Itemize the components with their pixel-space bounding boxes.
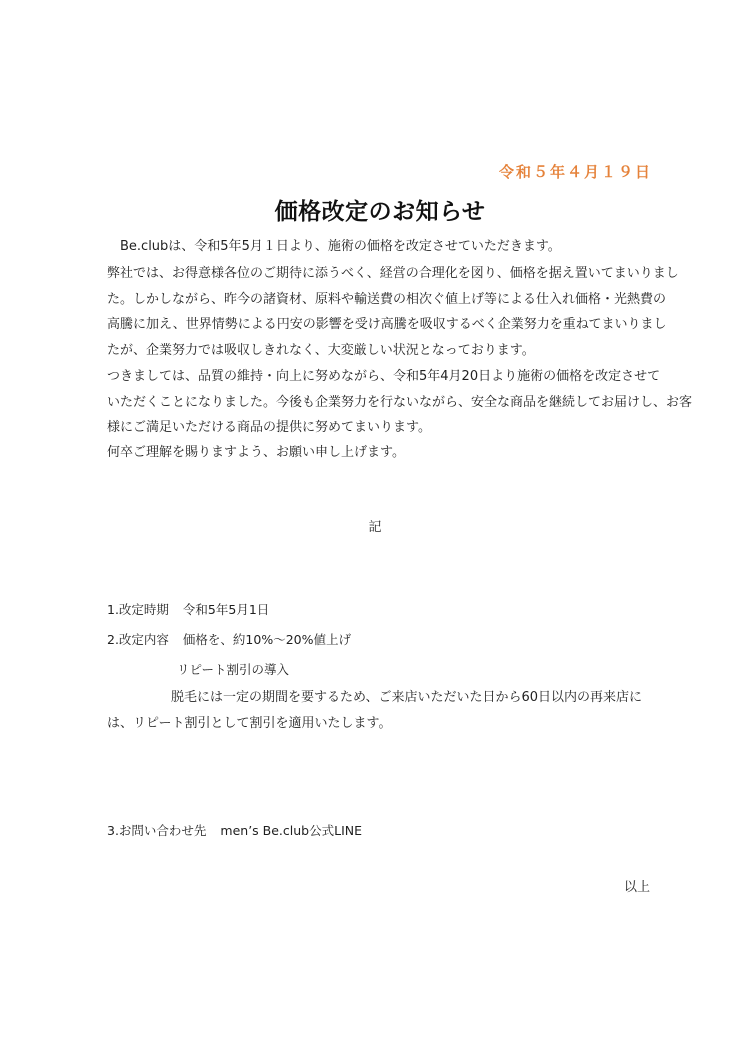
item-label: 3.お問い合わせ先 (107, 821, 206, 839)
closing-text: 以上 (624, 876, 650, 895)
item-revision-content: 2.改定内容 価格を、約10%～20%値上げ (107, 630, 351, 648)
item-revision-date: 1.改定時期 令和5年5月1日 (107, 600, 269, 618)
document-date: 令和５年４月１９日 (499, 161, 652, 182)
item-value: 令和5年5月1日 (183, 600, 269, 618)
item-value: men’s Be.club公式LINE (220, 821, 362, 839)
paragraph-line: 高騰に加え、世界情勢による円安の影響を受け高騰を吸収するべく企業努力を重ねてまい… (107, 312, 667, 338)
repeat-discount-note: 脱毛には一定の期間を要するため、ご来店いただいた日から60日以内の再来店に は、… (107, 685, 667, 736)
paragraph-line: た。しかしながら、昨今の諸資材、原料や輸送費の相次ぐ値上げ等による仕入れ価格・光… (107, 287, 667, 313)
paragraph-line: たが、企業努力では吸収しきれなく、大変厳しい状況となっております。 (107, 338, 667, 364)
item-repeat-discount: リピート割引の導入 (177, 660, 289, 678)
note-line: は、リピート割引として割引を適用いたします。 (107, 711, 667, 737)
intro-text: Be.clubは、令和5年5月１日より、施術の価格を改定させていただきます。 (120, 234, 561, 259)
item-contact: 3.お問い合わせ先 men’s Be.club公式LINE (107, 821, 362, 839)
item-label: 2.改定内容 (107, 630, 169, 648)
document-page: 令和５年４月１９日 価格改定のお知らせ Be.clubは、令和5年5月１日より、… (0, 0, 750, 1063)
paragraph-background: 弊社では、お得意様各位のご期待に添うべく、経営の合理化を図り、価格を据え置いてま… (107, 261, 667, 363)
note-line: 脱毛には一定の期間を要するため、ご来店いただいた日から60日以内の再来店に (107, 685, 667, 711)
document-title: 価格改定のお知らせ (0, 193, 750, 226)
paragraph-line: 何卒ご理解を賜りますよう、お願い申し上げます。 (107, 440, 667, 466)
paragraph-line: いただくことになりました。今後も企業努力を行ないながら、安全な商品を継続してお届… (107, 390, 667, 416)
item-value: 価格を、約10%～20%値上げ (183, 630, 351, 648)
paragraph-line: 弊社では、お得意様各位のご期待に添うべく、経営の合理化を図り、価格を据え置いてま… (107, 261, 667, 287)
paragraph-line: つきましては、品質の維持・向上に努めながら、令和5年4月20日より施術の価格を改… (107, 364, 667, 390)
paragraph-response: つきましては、品質の維持・向上に努めながら、令和5年4月20日より施術の価格を改… (107, 364, 667, 441)
ki-heading: 記 (0, 516, 750, 535)
paragraph-request: 何卒ご理解を賜りますよう、お願い申し上げます。 (107, 440, 667, 466)
item-label: 1.改定時期 (107, 600, 169, 618)
paragraph-line: 様にご満足いただける商品の提供に努めてまいります。 (107, 415, 667, 441)
